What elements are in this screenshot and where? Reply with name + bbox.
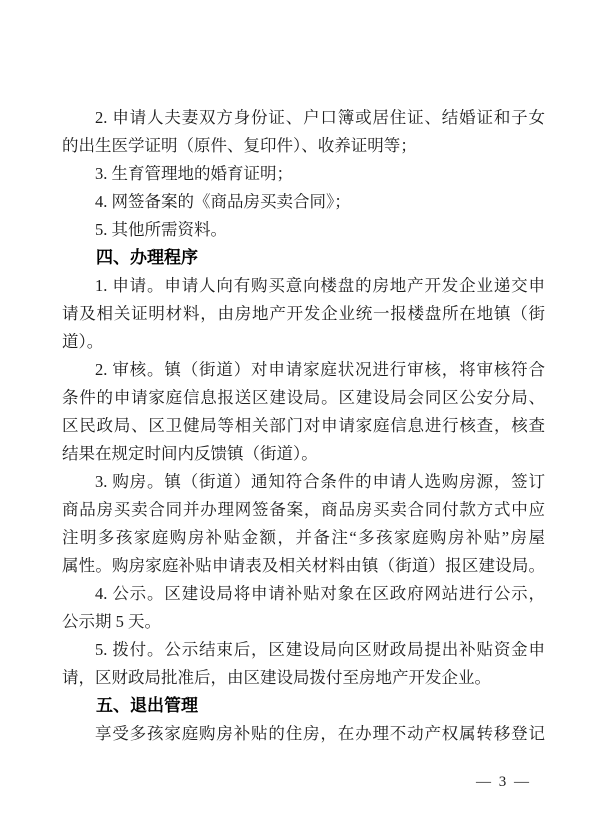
body-text-line: 3. 生育管理地的婚育证明； bbox=[62, 160, 545, 188]
body-text-line: 条件的申请家庭信息报送区建设局。区建设局会同区公安分局、 bbox=[62, 384, 545, 412]
page-number: — 3 — bbox=[476, 772, 531, 792]
body-text-line: 区民政局、区卫健局等相关部门对申请家庭信息进行核查，核查 bbox=[62, 412, 545, 440]
body-text-line: 1. 申请。申请人向有购买意向楼盘的房地产开发企业递交申 bbox=[62, 272, 545, 300]
section-heading: 四、办理程序 bbox=[62, 244, 545, 272]
body-text-line: 4. 公示。区建设局将申请补贴对象在区政府网站进行公示， bbox=[62, 580, 545, 608]
body-text-line: 结果在规定时间内反馈镇（街道）。 bbox=[62, 440, 545, 468]
body-text-line: 享受多孩家庭购房补贴的住房，在办理不动产权属转移登记 bbox=[62, 720, 545, 748]
body-text-line: 的出生医学证明（原件、复印件）、收养证明等； bbox=[62, 132, 545, 160]
body-text-line: 属性。购房家庭补贴申请表及相关材料由镇（街道）报区建设局。 bbox=[62, 552, 545, 580]
body-text-line: 商品房买卖合同并办理网签备案，商品房买卖合同付款方式中应 bbox=[62, 496, 545, 524]
document-body: 2. 申请人夫妻双方身份证、户口簿或居住证、结婚证和子女的出生医学证明（原件、复… bbox=[62, 104, 545, 748]
body-text-line: 2. 审核。镇（街道）对申请家庭状况进行审核，将审核符合 bbox=[62, 356, 545, 384]
document-page: 2. 申请人夫妻双方身份证、户口簿或居住证、结婚证和子女的出生医学证明（原件、复… bbox=[0, 0, 607, 838]
body-text-line: 请，区财政局批准后，由区建设局拨付至房地产开发企业。 bbox=[62, 664, 545, 692]
body-text-line: 3. 购房。镇（街道）通知符合条件的申请人选购房源，签订 bbox=[62, 468, 545, 496]
body-text-line: 请及相关证明材料，由房地产开发企业统一报楼盘所在地镇（街 bbox=[62, 300, 545, 328]
body-text-line: 2. 申请人夫妻双方身份证、户口簿或居住证、结婚证和子女 bbox=[62, 104, 545, 132]
section-heading: 五、退出管理 bbox=[62, 692, 545, 720]
body-text-line: 公示期 5 天。 bbox=[62, 608, 545, 636]
body-text-line: 5. 其他所需资料。 bbox=[62, 216, 545, 244]
body-text-line: 道）。 bbox=[62, 328, 545, 356]
body-text-line: 5. 拨付。公示结束后，区建设局向区财政局提出补贴资金申 bbox=[62, 636, 545, 664]
body-text-line: 4. 网签备案的《商品房买卖合同》； bbox=[62, 188, 545, 216]
body-text-line: 注明多孩家庭购房补贴金额，并备注“多孩家庭购房补贴”房屋 bbox=[62, 524, 545, 552]
